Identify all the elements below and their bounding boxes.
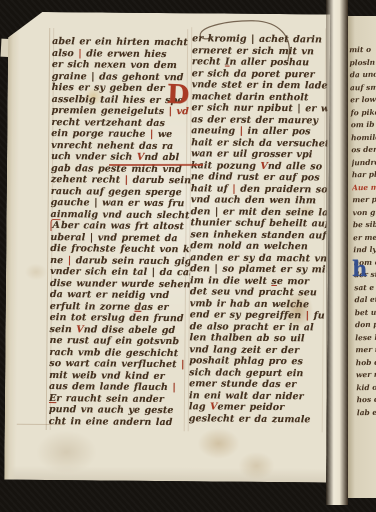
facing-page-line: kid o bbox=[356, 381, 376, 394]
initial-letter-D: D bbox=[166, 81, 193, 112]
facing-page-line: lab e bbox=[357, 406, 376, 419]
facing-page-line: don p bbox=[355, 319, 376, 332]
facing-page-line: homile bbox=[351, 131, 376, 144]
initial-letter-h: h bbox=[352, 258, 367, 280]
facing-page-line: mer mp bbox=[355, 344, 376, 357]
manuscript-line: geslecht er da zumale bbox=[189, 413, 325, 426]
facing-page-line: jundre bbox=[351, 156, 376, 169]
facing-page-line: er low bbox=[350, 94, 376, 107]
facing-page-line: dal et bbox=[354, 294, 376, 307]
facing-page-line: mit o bbox=[349, 44, 375, 57]
facing-page-line: sat e bbox=[354, 281, 376, 294]
facing-page-line: auf sm bbox=[350, 81, 376, 94]
facing-page-line: von gu bbox=[352, 206, 376, 219]
manuscript-page: abel er ein hirten machtalso | die erwen… bbox=[4, 12, 330, 483]
facing-page-line: os der bbox=[351, 144, 376, 157]
manuscript-line: cht in eine andern lad bbox=[49, 416, 189, 429]
facing-page-line: Aue m bbox=[352, 181, 376, 194]
facing-page-line: be sib bbox=[353, 219, 376, 232]
facing-page-line: hos er bbox=[356, 394, 376, 407]
text-column-right: er kromig | achet darinerneret er sich m… bbox=[189, 33, 328, 426]
facing-page-line: lese l bbox=[355, 331, 376, 344]
photo-background: abel er ein hirten machtalso | die erwen… bbox=[0, 0, 376, 512]
facing-page-line: hob e bbox=[356, 356, 376, 369]
facing-page-line: mer p bbox=[352, 194, 376, 207]
facing-page-line: da und bbox=[350, 69, 376, 82]
facing-page-line: plosln bbox=[349, 56, 375, 69]
page-wrap: abel er ein hirten machtalso | die erwen… bbox=[4, 12, 330, 483]
facing-page-line: om ib e bbox=[351, 119, 376, 132]
facing-page-line: fo pike bbox=[350, 106, 376, 119]
facing-page-line: har pl bbox=[352, 169, 376, 182]
rubric-underline bbox=[109, 164, 203, 166]
facing-page-text: mit oploslnda undauf smer lowfo pikeom i… bbox=[349, 44, 376, 419]
facing-page-line: bet u bbox=[355, 306, 376, 319]
facing-page-line: wer mp bbox=[356, 369, 376, 382]
facing-page-edge: mit oploslnda undauf smer lowfo pikeom i… bbox=[348, 16, 376, 498]
facing-page-line: er me bbox=[353, 231, 376, 244]
facing-page-line: ind lyst bbox=[353, 244, 376, 257]
book-gutter bbox=[326, 0, 348, 505]
